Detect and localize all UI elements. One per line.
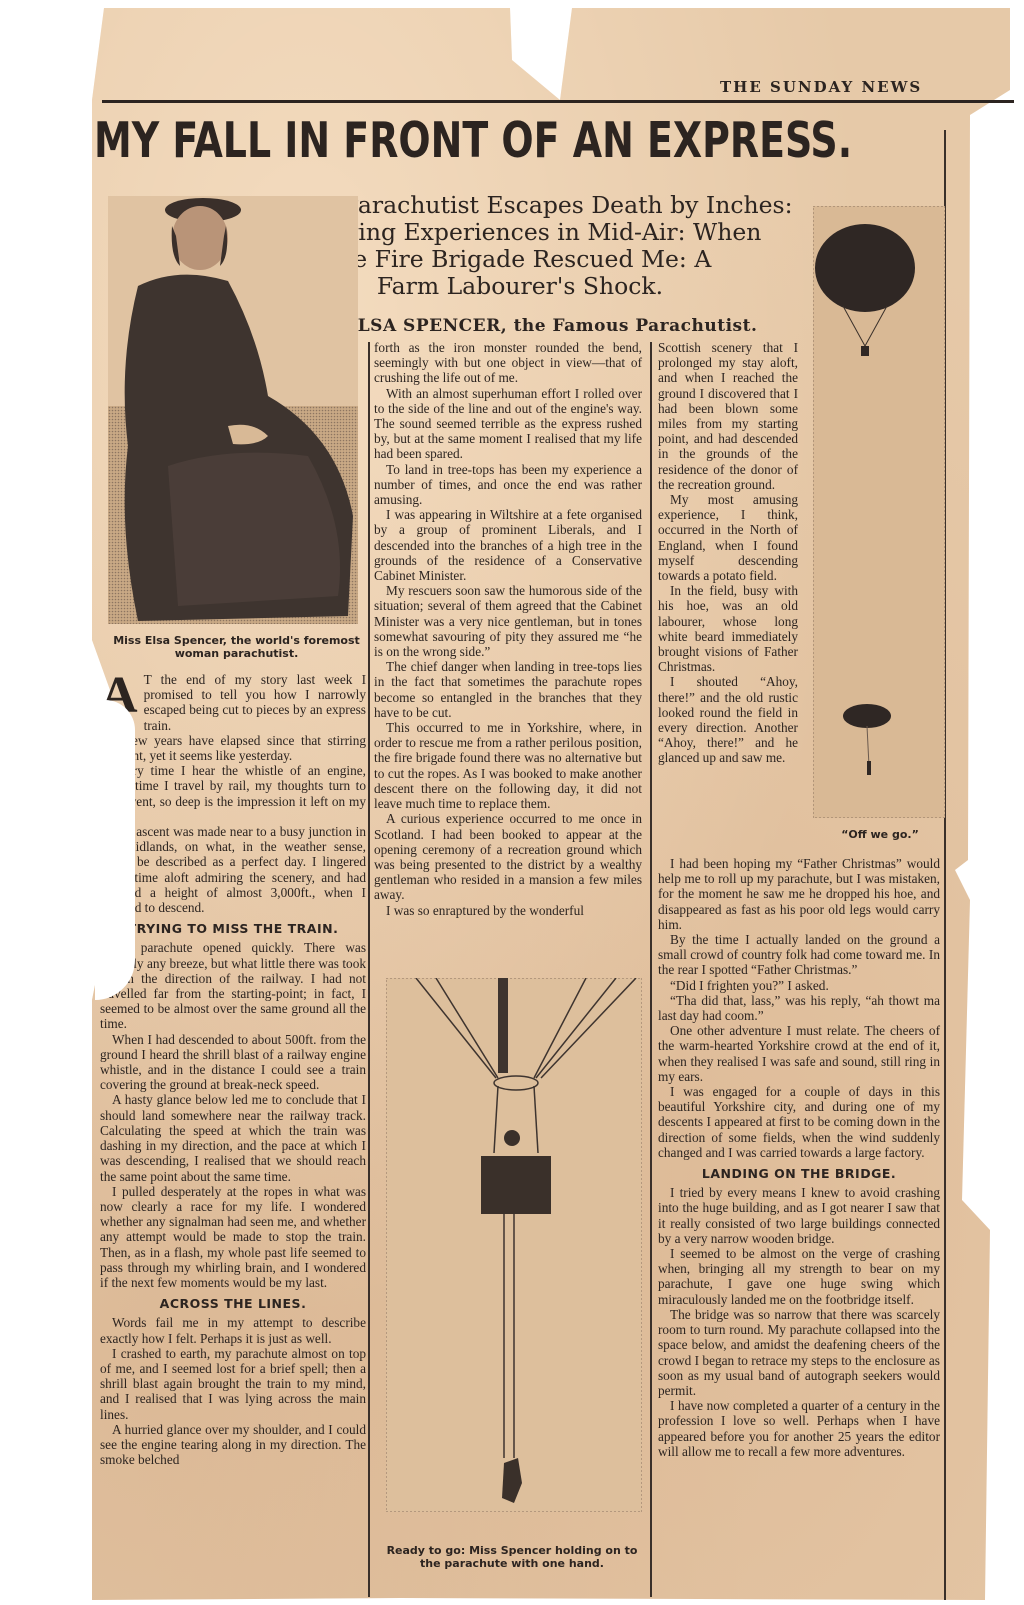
article-paragraph: A hurried glance over my shoulder, and I…: [100, 1422, 366, 1468]
article-paragraph: “Did I frighten you?” I asked.: [658, 978, 940, 993]
article-paragraph: I was engaged for a couple of days in th…: [658, 1084, 940, 1160]
article-paragraph: I pulled desperately at the ropes in wha…: [100, 1184, 366, 1290]
article-paragraph: I shouted “Ahoy, there!” and the old rus…: [658, 674, 798, 765]
article-paragraph: I was so enraptured by the wonderful: [374, 903, 642, 918]
article-paragraph: When I had descended to about 500ft. fro…: [100, 1032, 366, 1093]
section-subhead: ACROSS THE LINES.: [100, 1296, 366, 1311]
section-subhead: TRYING TO MISS THE TRAIN.: [100, 921, 366, 936]
article-paragraph: I tried by every means I knew to avoid c…: [658, 1185, 940, 1246]
article-paragraph: Every time I hear the whistle of an engi…: [100, 763, 366, 824]
article-paragraph: I have now completed a quarter of a cent…: [658, 1398, 940, 1459]
article-paragraph: The bridge was so narrow that there was …: [658, 1307, 940, 1398]
article-paragraph: The ascent was made near to a busy junct…: [100, 824, 366, 915]
article-paragraph: My parachute opened quickly. There was s…: [100, 940, 366, 1031]
article-paragraph: Words fail me in my attempt to describe …: [100, 1315, 366, 1345]
column-rule: [368, 342, 370, 1597]
article-column-2: forth as the iron monster rounded the be…: [374, 340, 642, 918]
column-rule: [650, 342, 652, 1597]
article-paragraph: Scottish scenery that I prolonged my sta…: [658, 340, 798, 492]
article-paragraph: I crashed to earth, my parachute almost …: [100, 1346, 366, 1422]
article-paragraph: My most amusing experience, I think, occ…: [658, 492, 798, 583]
section-subhead: LANDING ON THE BRIDGE.: [658, 1166, 940, 1181]
article-paragraph: In the field, busy with his hoe, was an …: [658, 583, 798, 674]
article-paragraph: AT the end of my story last week I promi…: [100, 672, 366, 733]
balloon-basket-photo: [386, 978, 642, 1512]
article-column-1: AT the end of my story last week I promi…: [100, 672, 366, 1467]
article-paragraph: One other adventure I must relate. The c…: [658, 1023, 940, 1084]
article-paragraph: forth as the iron monster rounded the be…: [374, 340, 642, 386]
article-paragraph: My rescuers soon saw the humorous side o…: [374, 583, 642, 659]
article-column-3-continued: I had been hoping my “Father Christmas” …: [658, 856, 940, 1459]
article-paragraph: A curious experience occurred to me once…: [374, 811, 642, 902]
article-paragraph: The chief danger when landing in tree-to…: [374, 659, 642, 720]
article-paragraph: By the time I actually landed on the gro…: [658, 932, 940, 978]
balloon-ascent-photo: [813, 206, 945, 818]
balloon-and-parachute-icon: [813, 206, 945, 818]
portrait-photo: [108, 196, 358, 624]
article-paragraph: I seemed to be almost on the verge of cr…: [658, 1246, 940, 1307]
article-column-3: Scottish scenery that I prolonged my sta…: [658, 340, 798, 766]
masthead-rule: [102, 100, 1014, 103]
portrait-woman-seated-icon: [108, 196, 358, 624]
article-paragraph: This occurred to me in Yorkshire, where,…: [374, 720, 642, 811]
paper-tear: [95, 700, 135, 1000]
article-paragraph: I was appearing in Wiltshire at a fete o…: [374, 507, 642, 583]
article-paragraph: I had been hoping my “Father Christmas” …: [658, 856, 940, 932]
article-paragraph: A few years have elapsed since that stir…: [100, 733, 366, 763]
article-paragraph: With an almost superhuman effort I rolle…: [374, 386, 642, 462]
basket-photo-caption: Ready to go: Miss Spencer holding on to …: [376, 1544, 648, 1570]
article-paragraph: “Tha did that, lass,” was his reply, “ah…: [658, 993, 940, 1023]
publication-name: THE SUNDAY NEWS: [720, 78, 922, 96]
article-paragraph: To land in tree-tops has been my experie…: [374, 462, 642, 508]
headline: MY FALL IN FRONT OF AN EXPRESS.: [94, 112, 834, 169]
article-paragraph: A hasty glance below led me to conclude …: [100, 1092, 366, 1183]
balloon-photo-caption: “Off we go.”: [820, 828, 940, 841]
balloon-basket-parachutist-icon: [386, 978, 642, 1512]
portrait-caption: Miss Elsa Spencer, the world's foremost …: [104, 634, 369, 660]
